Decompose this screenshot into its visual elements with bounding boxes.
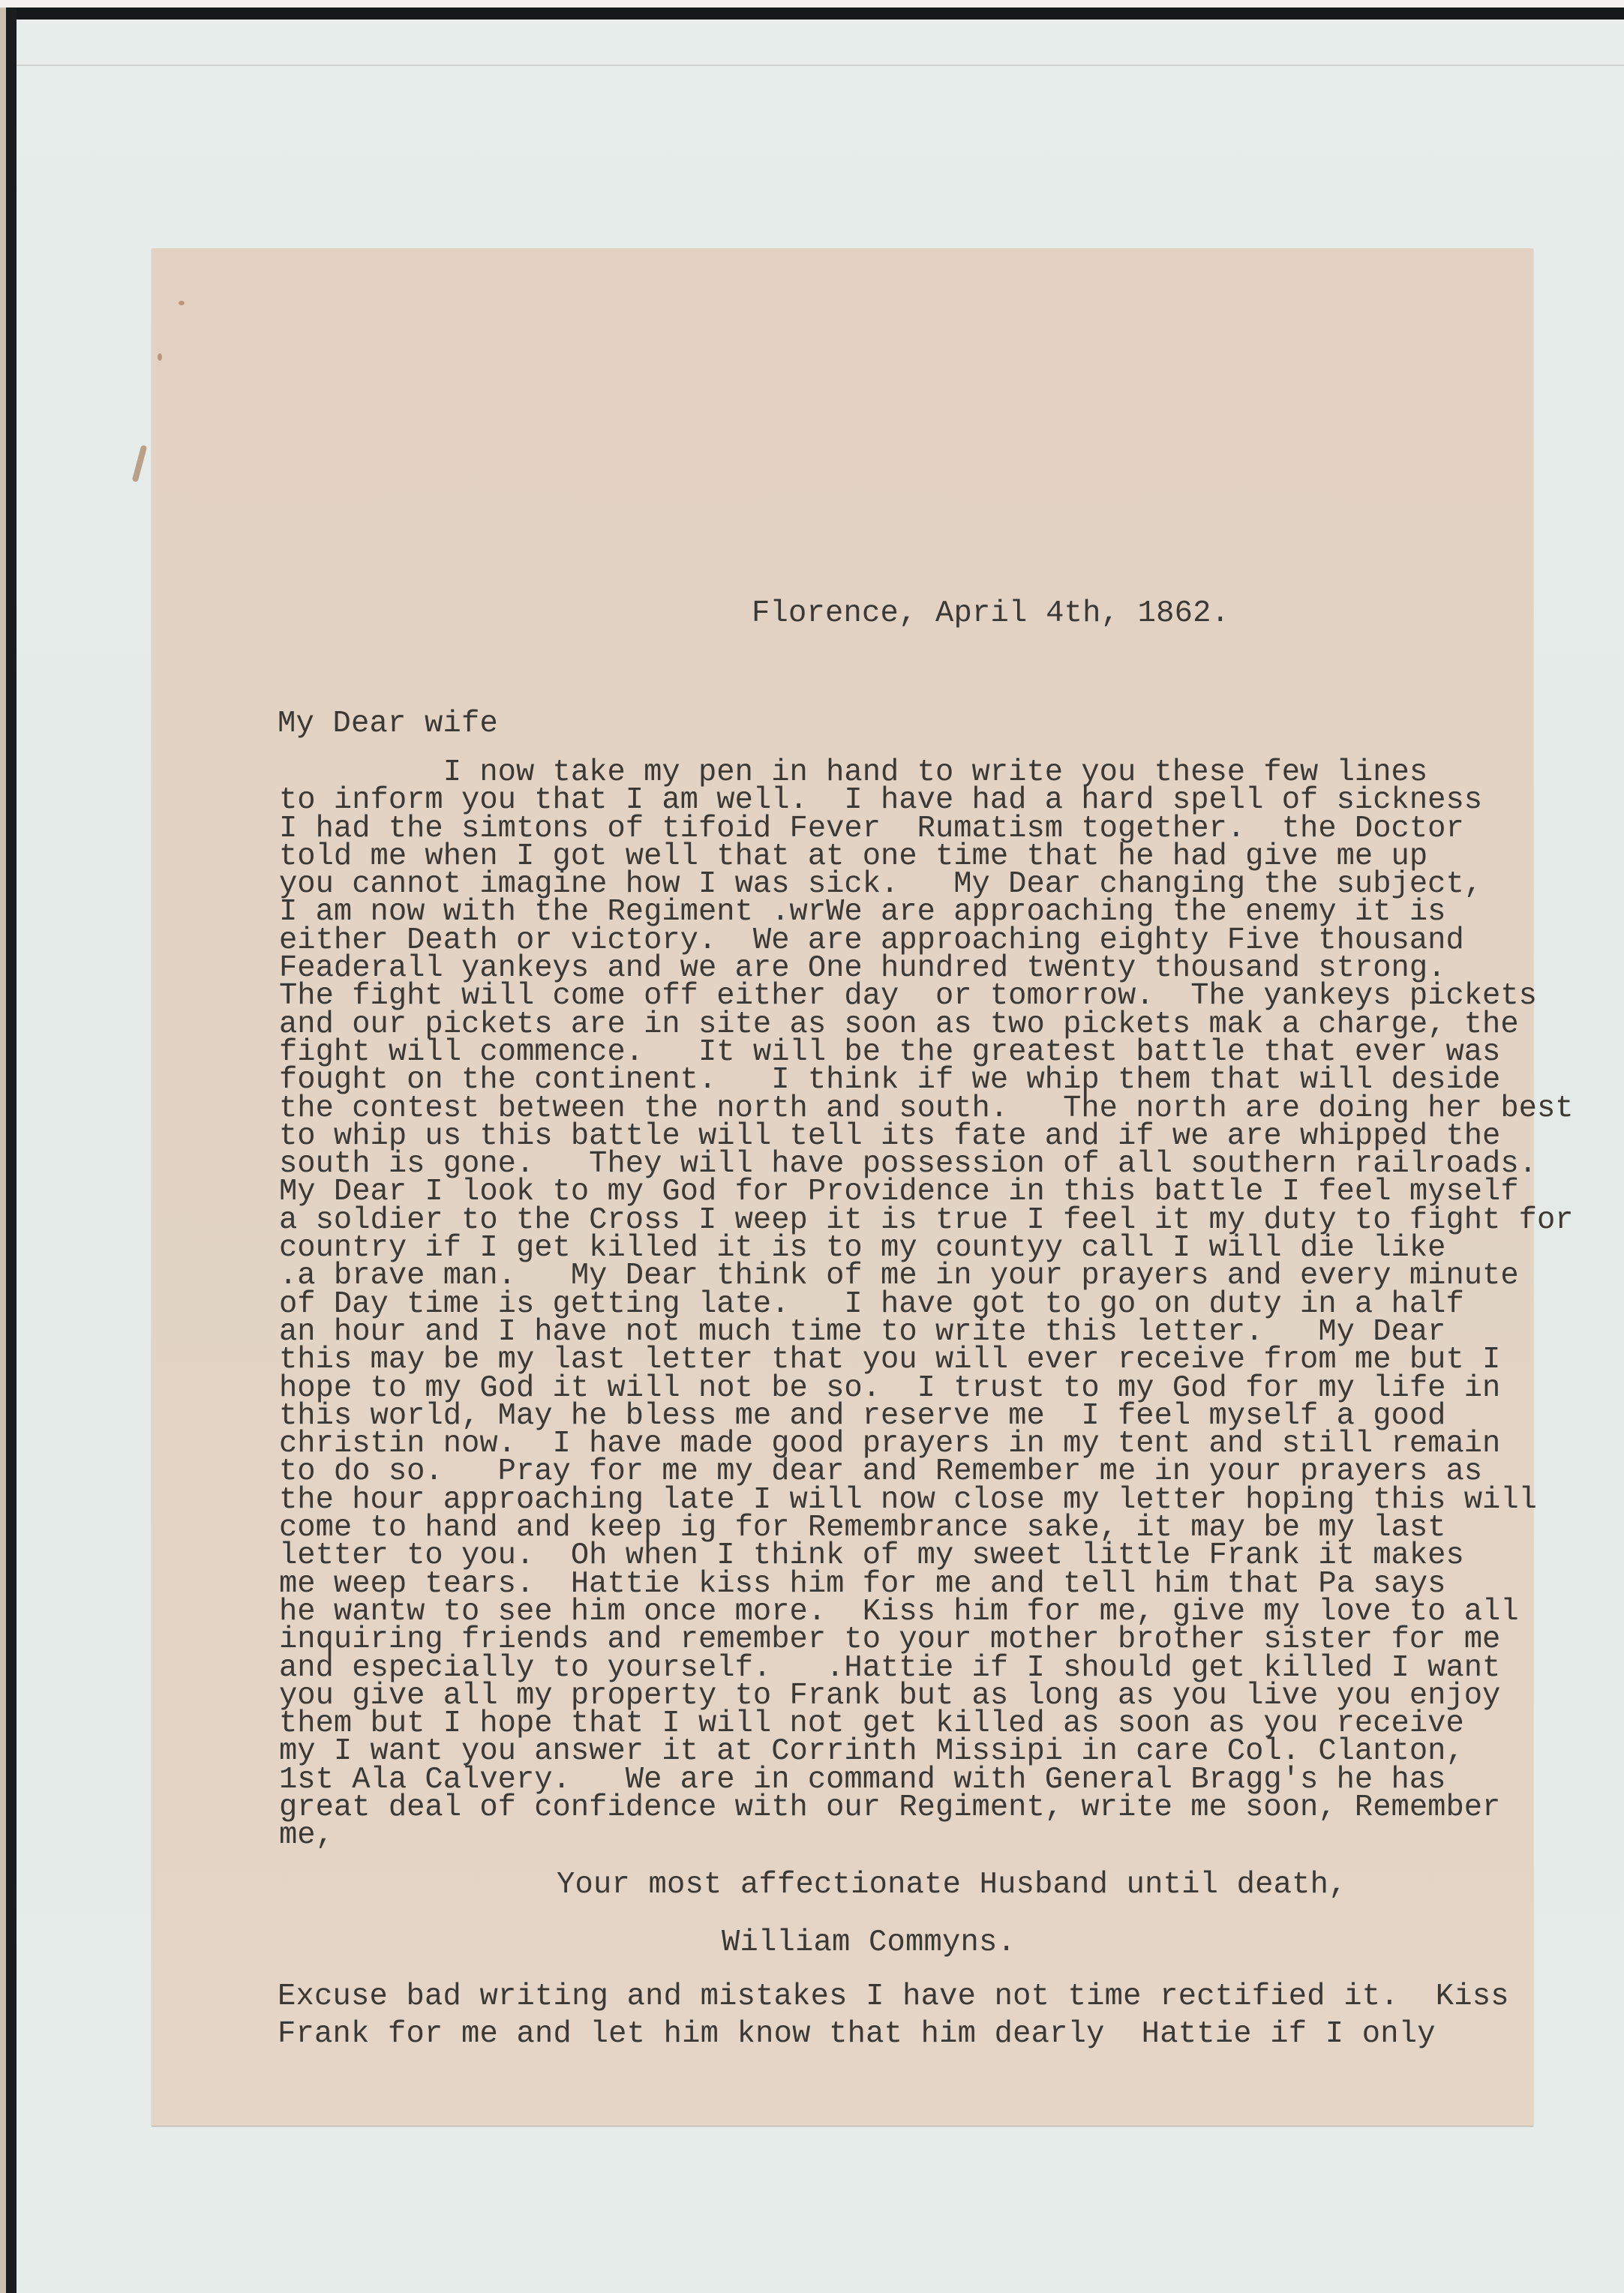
postscript-line: Excuse bad writing and mistakes I have n… — [278, 1982, 1509, 2012]
postscript-line: Frank for me and let him know that him d… — [278, 2019, 1436, 2049]
body-line: to inform you that I am well. I have had… — [279, 787, 1574, 815]
dateline: Florence, April 4th, 1862. — [752, 599, 1229, 629]
letter-body: I now take my pen in hand to write you t… — [279, 759, 1574, 1850]
body-line: me, — [279, 1822, 1574, 1850]
scanner-left-edge — [0, 8, 6, 2293]
salutation: My Dear wife — [278, 709, 498, 739]
sleeve-frame-top — [6, 8, 1624, 20]
body-line: this may be my last letter that you will… — [279, 1346, 1574, 1374]
signature: William Commyns. — [722, 1928, 1016, 1958]
body-line: great deal of confidence with our Regime… — [279, 1794, 1574, 1822]
body-line: inquiring friends and remember to your m… — [279, 1626, 1574, 1654]
sleeve-fold-line — [17, 65, 1624, 66]
paper-stain — [158, 353, 162, 361]
paper-stain — [179, 301, 185, 305]
body-line: fought on the continent. I think if we w… — [279, 1067, 1574, 1094]
body-line: letter to you. Oh when I think of my swe… — [279, 1542, 1574, 1570]
closing: Your most affectionate Husband until dea… — [557, 1870, 1347, 1900]
sleeve-frame-left — [6, 8, 17, 2293]
